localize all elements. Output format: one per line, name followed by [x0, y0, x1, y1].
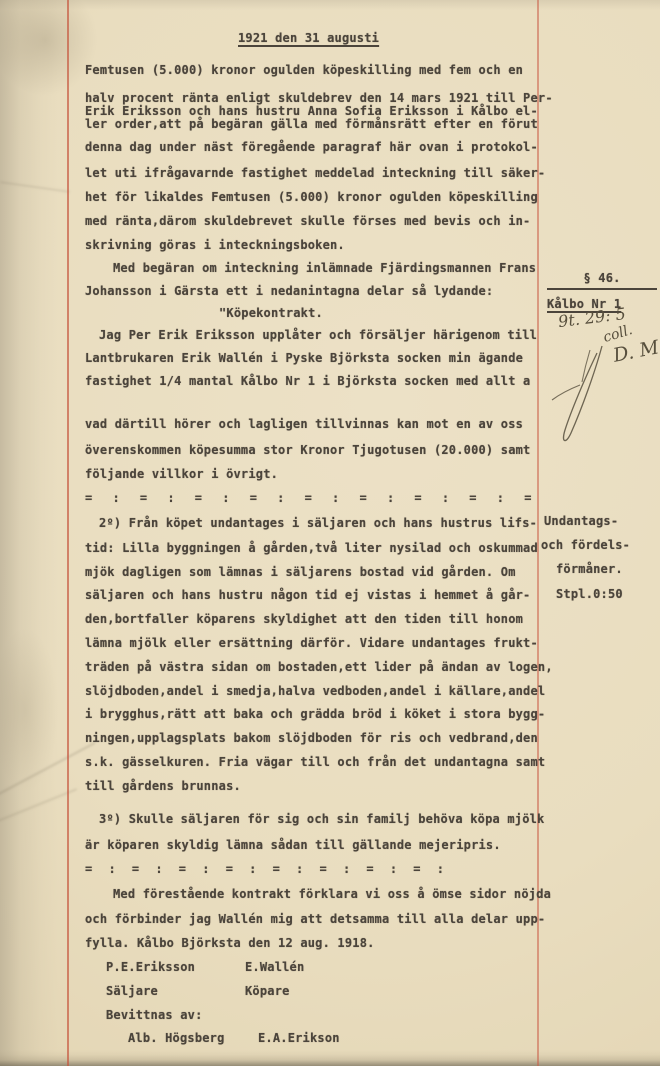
margin-note-line: förmåner.: [556, 562, 623, 576]
body-line: Lantbrukaren Erik Wallén i Pyske Björkst…: [85, 351, 523, 365]
body-line: let uti ifrågavarnde fastighet meddelad …: [85, 166, 545, 180]
body-line: Johansson i Gärsta ett i nedanintagna de…: [85, 284, 493, 298]
signature-seller-name: P.E.Eriksson: [106, 960, 195, 974]
body-line: Med förestående kontrakt förklara vi oss…: [113, 887, 551, 901]
body-line: till gårdens brunnas.: [85, 779, 241, 793]
margin-stamp-fee: Stpl.0:50: [556, 587, 623, 601]
body-line: 2º) Från köpet undantages i säljaren och…: [99, 516, 537, 530]
body-line: 3º) Skulle säljaren för sig och sin fami…: [99, 812, 544, 826]
paper-stain: [0, 600, 70, 820]
left-margin-rule-line: [67, 0, 69, 1066]
margin-note-line: Undantags-: [544, 514, 618, 528]
margin-note-line: och fördels-: [541, 538, 630, 552]
body-line: skrivning göras i inteckningsboken.: [85, 238, 345, 252]
body-line: s.k. gässelkuren. Fria vägar till och fr…: [85, 755, 545, 769]
right-margin-rule-line: [537, 0, 539, 1066]
body-line: mjök dagligen som lämnas i säljarens bos…: [85, 565, 516, 579]
witness-heading: Bevittnas av:: [106, 1008, 203, 1022]
body-line: lämna mjölk eller ersättning därför. Vid…: [85, 636, 538, 650]
contract-title-line: "Köpekontrakt.: [219, 306, 323, 320]
body-line: den,bortfaller köparens skyldighet att d…: [85, 612, 523, 626]
body-line: ler order,att på begäran gälla med förmå…: [85, 117, 538, 131]
body-line: är köparen skyldig lämna sådan till gäll…: [85, 838, 501, 852]
body-line: vad därtill hörer och lagligen tillvinna…: [85, 417, 523, 431]
divider-line: = : = : = : = : = : = : = : = : =: [85, 491, 538, 505]
body-line: halv procent ränta enligt skuldebrev den…: [85, 91, 553, 105]
body-line: het för likaldes Femtusen (5.000) kronor…: [85, 190, 538, 204]
paper-top-edge-shadow: [0, 0, 660, 10]
body-line: Erik Eriksson och hans hustru Anna Sofia…: [85, 104, 538, 118]
paper-left-edge-shadow: [0, 0, 58, 1066]
body-line: och förbinder jag Wallén mig att detsamm…: [85, 912, 545, 926]
body-line: i brygghus,rätt att baka och grädda bröd…: [85, 707, 545, 721]
body-line: med ränta,därom skuldebrevet skulle förs…: [85, 214, 530, 228]
body-line: Med begäran om inteckning inlämnade Fjär…: [113, 261, 536, 275]
body-line: säljaren och hans hustru någon tid ej vi…: [85, 588, 530, 602]
body-line: fylla. Kålbo Björksta den 12 aug. 1918.: [85, 936, 375, 950]
paper-bottom-edge-shadow: [0, 1050, 660, 1066]
paper-crease: [0, 181, 70, 193]
body-line: Jag Per Erik Eriksson upplåter och försä…: [99, 328, 537, 342]
body-line: Femtusen (5.000) kronor ogulden köpeskil…: [85, 63, 523, 77]
body-line: ningen,upplagsplats bakom slöjdboden för…: [85, 731, 538, 745]
signature-buyer-name: E.Wallén: [245, 960, 304, 974]
paper-crease: [0, 742, 95, 800]
witness-name-1: Alb. Högsberg: [128, 1031, 225, 1045]
divider-line: = : = : = : = : = : = : = : = :: [85, 862, 448, 876]
body-line: slöjdboden,andel i smedja,halva vedboden…: [85, 684, 545, 698]
document-date-heading: 1921 den 31 augusti: [238, 31, 379, 45]
body-line: denna dag under näst föregående paragraf…: [85, 140, 538, 154]
body-line: träden på västra sidan om bostaden,ett l…: [85, 660, 553, 674]
signature-seller-role: Säljare: [106, 984, 158, 998]
scanned-document-page: 1921 den 31 augustiFemtusen (5.000) kron…: [0, 0, 660, 1066]
body-line: tid: Lilla byggningen å gården,två liter…: [85, 541, 538, 555]
margin-section-number: § 46.: [547, 271, 657, 290]
body-line: fastighet 1/4 mantal Kålbo Nr 1 i Björks…: [85, 374, 530, 388]
body-line: överenskommen köpesumma stor Kronor Tjug…: [85, 443, 530, 457]
paper-crease: [0, 788, 77, 824]
signature-buyer-role: Köpare: [245, 984, 290, 998]
witness-name-2: E.A.Erikson: [258, 1031, 340, 1045]
body-line: följande villkor i övrigt.: [85, 467, 278, 481]
